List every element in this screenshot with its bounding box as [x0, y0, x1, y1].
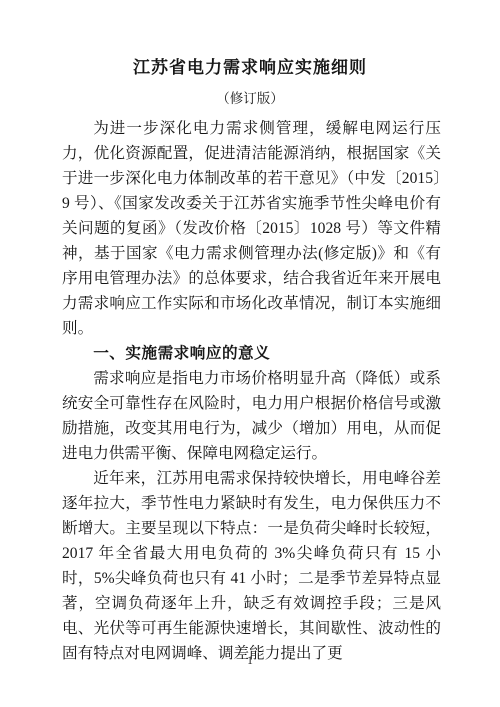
paragraph-intro: 为进一步深化电力需求侧管理，缓解电网运行压力，优化资源配置，促进清洁能源消纳，根… — [62, 116, 441, 341]
paragraph-definition: 需求响应是指电力市场价格明显升高（降低）或系统安全可靠性存在风险时，电力用户根据… — [62, 366, 441, 466]
document-page: 江苏省电力需求响应实施细则 （修订版） 为进一步深化电力需求侧管理，缓解电网运行… — [0, 0, 500, 707]
paragraph-background: 近年来，江苏用电需求保持较快增长，用电峰谷差逐年拉大，季节性电力紧缺时有发生，电… — [62, 466, 441, 666]
document-title: 江苏省电力需求响应实施细则 — [0, 0, 500, 79]
document-body: 为进一步深化电力需求侧管理，缓解电网运行压力，优化资源配置，促进清洁能源消纳，根… — [62, 116, 441, 666]
document-subtitle: （修订版） — [0, 91, 500, 107]
section-heading-1: 一、实施需求响应的意义 — [62, 341, 441, 366]
page-number: 1 — [0, 655, 500, 667]
